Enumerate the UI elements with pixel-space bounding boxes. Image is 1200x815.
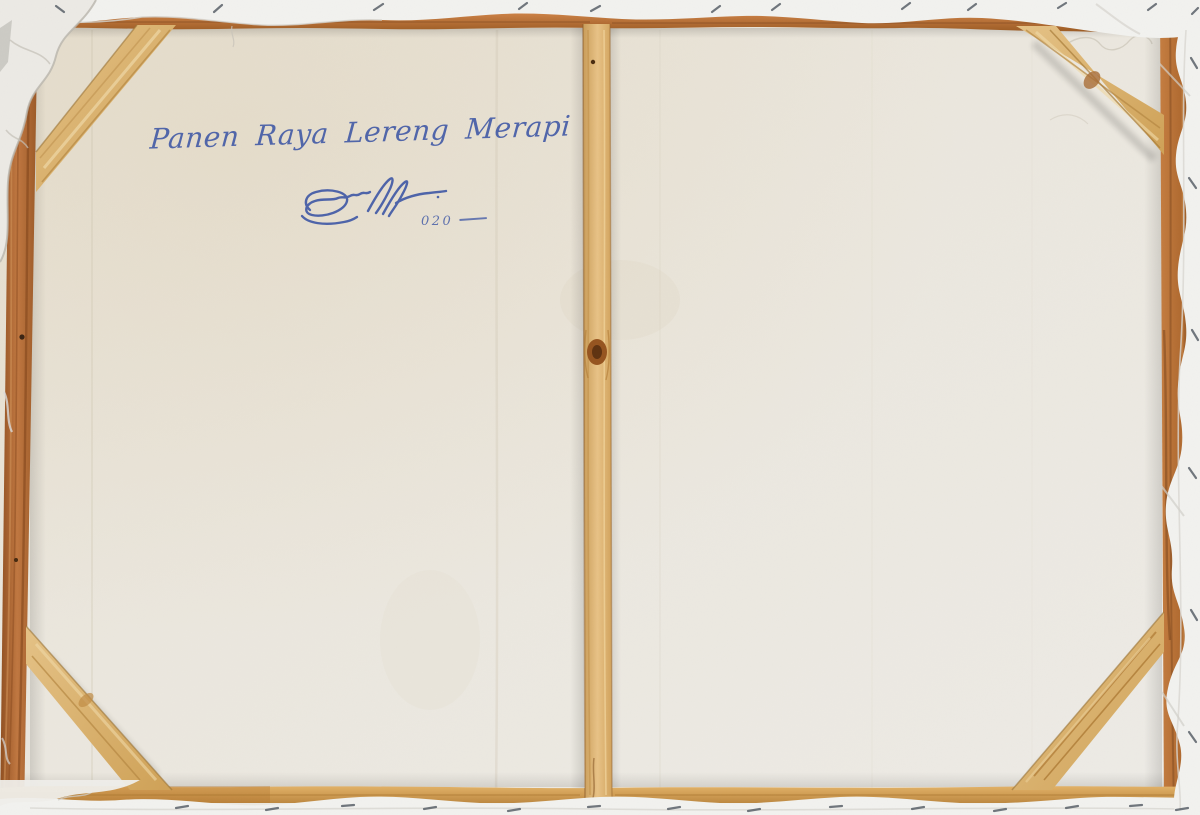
stretcher-frame-graphic: [0, 0, 1200, 815]
photo-grain: [0, 0, 1200, 815]
canvas-back-photo: Panen Raya Lereng Merapi 020 —: [0, 0, 1200, 815]
